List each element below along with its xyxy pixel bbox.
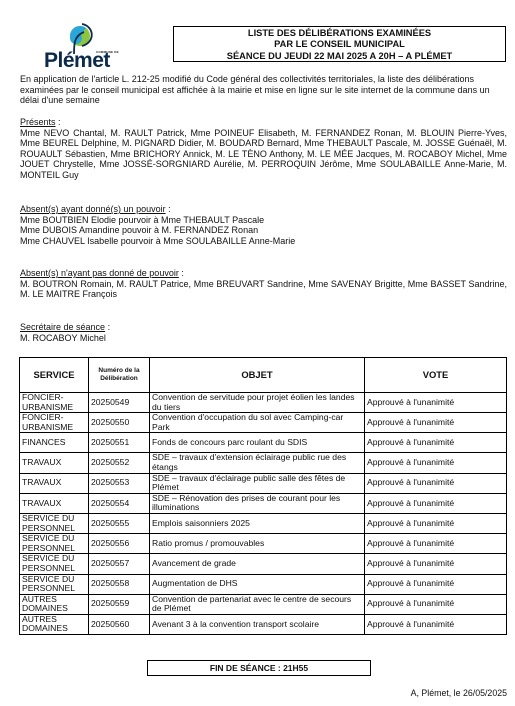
- cell-numero: 20250558: [89, 574, 150, 594]
- cell-numero: 20250551: [89, 433, 150, 453]
- cell-numero: 20250556: [89, 534, 150, 554]
- cell-objet: Convention d'occupation du sol avec Camp…: [150, 413, 365, 433]
- absents-pouvoir-label: Absent(s) ayant donné(s) un pouvoir: [20, 204, 166, 214]
- cell-vote: Approuvé à l'unanimité: [365, 433, 507, 453]
- cell-vote: Approuvé à l'unanimité: [365, 574, 507, 594]
- fin-seance-box: FIN DE SÉANCE : 21H55: [147, 660, 371, 676]
- cell-objet: Convention de servitude pour projet éoli…: [150, 393, 365, 413]
- secretaire-section: Secrétaire de séance : M. ROCABOY Michel: [20, 322, 507, 343]
- logo-name: Plémet: [44, 50, 110, 72]
- cell-service: TRAVAUX: [20, 453, 89, 473]
- table-row: TRAVAUX20250553SDE – travaux d'éclairage…: [20, 473, 507, 493]
- title-line-1: LISTE DES DÉLIBÉRATIONS EXAMINÉES: [174, 28, 505, 39]
- cell-service: FONCIER-URBANISME: [20, 393, 89, 413]
- table-row: AUTRES DOMAINES20250560Avenant 3 à la co…: [20, 614, 507, 634]
- header-objet: OBJET: [150, 358, 365, 393]
- absents-sans-pouvoir-label: Absent(s) n'ayant pas donné de pouvoir: [20, 268, 179, 278]
- table-row: FONCIER-URBANISME20250550Convention d'oc…: [20, 413, 507, 433]
- cell-service: AUTRES DOMAINES: [20, 594, 89, 614]
- cell-objet: Avenant 3 à la convention transport scol…: [150, 614, 365, 634]
- table-row: TRAVAUX20250552SDE – travaux d'extension…: [20, 453, 507, 473]
- presents-list: Mme NEVO Chantal, M. RAULT Patrick, Mme …: [20, 128, 507, 181]
- table-row: FONCIER-URBANISME20250549Convention de s…: [20, 393, 507, 413]
- table-row: SERVICE DU PERSONNEL20250558Augmentation…: [20, 574, 507, 594]
- absent-pouvoir-line: Mme CHAUVEL Isabelle pourvoir à Mme SOUL…: [20, 236, 507, 247]
- table-row: TRAVAUX20250554SDE – Rénovation des pris…: [20, 493, 507, 513]
- intro-paragraph: En application de l'article L. 212-25 mo…: [20, 74, 507, 106]
- cell-vote: Approuvé à l'unanimité: [365, 594, 507, 614]
- cell-vote: Approuvé à l'unanimité: [365, 534, 507, 554]
- cell-service: TRAVAUX: [20, 473, 89, 493]
- absents-sans-pouvoir-section: Absent(s) n'ayant pas donné de pouvoir :…: [20, 268, 507, 300]
- secretaire-name: M. ROCABOY Michel: [20, 333, 507, 344]
- cell-numero: 20250555: [89, 513, 150, 533]
- absents-pouvoir-section: Absent(s) ayant donné(s) un pouvoir : Mm…: [20, 204, 507, 246]
- cell-vote: Approuvé à l'unanimité: [365, 453, 507, 473]
- cell-service: SERVICE DU PERSONNEL: [20, 554, 89, 574]
- cell-objet: Avancement de grade: [150, 554, 365, 574]
- cell-numero: 20250549: [89, 393, 150, 413]
- cell-numero: 20250550: [89, 413, 150, 433]
- cell-numero: 20250554: [89, 493, 150, 513]
- cell-service: TRAVAUX: [20, 493, 89, 513]
- table-row: SERVICE DU PERSONNEL20250555Emplois sais…: [20, 513, 507, 533]
- presents-section: Présents : Mme NEVO Chantal, M. RAULT Pa…: [20, 117, 507, 181]
- table-row: SERVICE DU PERSONNEL20250557Avancement d…: [20, 554, 507, 574]
- cell-numero: 20250559: [89, 594, 150, 614]
- cell-vote: Approuvé à l'unanimité: [365, 393, 507, 413]
- cell-service: SERVICE DU PERSONNEL: [20, 513, 89, 533]
- deliberations-table: SERVICE Numéro de la Délibération OBJET …: [19, 357, 507, 635]
- cell-vote: Approuvé à l'unanimité: [365, 493, 507, 513]
- document-title: LISTE DES DÉLIBÉRATIONS EXAMINÉES PAR LE…: [173, 26, 506, 62]
- table-header-row: SERVICE Numéro de la Délibération OBJET …: [20, 358, 507, 393]
- cell-service: SERVICE DU PERSONNEL: [20, 534, 89, 554]
- cell-objet: SDE – travaux d'éclairage public salle d…: [150, 473, 365, 493]
- cell-objet: Fonds de concours parc roulant du SDIS: [150, 433, 365, 453]
- cell-vote: Approuvé à l'unanimité: [365, 614, 507, 634]
- signature-date: A, Plémet, le 26/05/2025: [411, 688, 507, 698]
- intro-text: En application de l'article L. 212-25 mo…: [20, 74, 507, 106]
- absent-pouvoir-line: Mme BOUTBIEN Elodie pourvoir à Mme THEBA…: [20, 215, 507, 226]
- cell-objet: Emplois saisonniers 2025: [150, 513, 365, 533]
- cell-numero: 20250557: [89, 554, 150, 574]
- absents-sans-pouvoir-list: M. BOUTRON Romain, M. RAULT Patrice, Mme…: [20, 279, 507, 300]
- header-vote: VOTE: [365, 358, 507, 393]
- secretaire-label: Secrétaire de séance: [20, 322, 105, 332]
- table-row: SERVICE DU PERSONNEL20250556Ratio promus…: [20, 534, 507, 554]
- presents-label: Présents: [20, 117, 56, 127]
- title-line-3: SÉANCE DU JEUDI 22 MAI 2025 A 20H – A PL…: [174, 51, 505, 62]
- header-numero: Numéro de la Délibération: [89, 358, 150, 393]
- cell-objet: Convention de partenariat avec le centre…: [150, 594, 365, 614]
- cell-objet: Ratio promus / promouvables: [150, 534, 365, 554]
- cell-numero: 20250553: [89, 473, 150, 493]
- cell-vote: Approuvé à l'unanimité: [365, 473, 507, 493]
- cell-vote: Approuvé à l'unanimité: [365, 554, 507, 574]
- absent-pouvoir-line: Mme DUBOIS Amandine pouvoir à M. FERNAND…: [20, 225, 507, 236]
- cell-objet: Augmentation de DHS: [150, 574, 365, 594]
- header-service: SERVICE: [20, 358, 89, 393]
- cell-objet: SDE – Rénovation des prises de courant p…: [150, 493, 365, 513]
- cell-service: FONCIER-URBANISME: [20, 413, 89, 433]
- table-row: FINANCES20250551Fonds de concours parc r…: [20, 433, 507, 453]
- cell-service: SERVICE DU PERSONNEL: [20, 574, 89, 594]
- cell-objet: SDE – travaux d'extension éclairage publ…: [150, 453, 365, 473]
- cell-vote: Approuvé à l'unanimité: [365, 413, 507, 433]
- cell-numero: 20250552: [89, 453, 150, 473]
- cell-service: FINANCES: [20, 433, 89, 453]
- cell-numero: 20250560: [89, 614, 150, 634]
- cell-service: AUTRES DOMAINES: [20, 614, 89, 634]
- commune-logo: COMMUNE DE Plémet: [40, 22, 130, 70]
- table-row: AUTRES DOMAINES20250559Convention de par…: [20, 594, 507, 614]
- cell-vote: Approuvé à l'unanimité: [365, 513, 507, 533]
- title-line-2: PAR LE CONSEIL MUNICIPAL: [174, 39, 505, 50]
